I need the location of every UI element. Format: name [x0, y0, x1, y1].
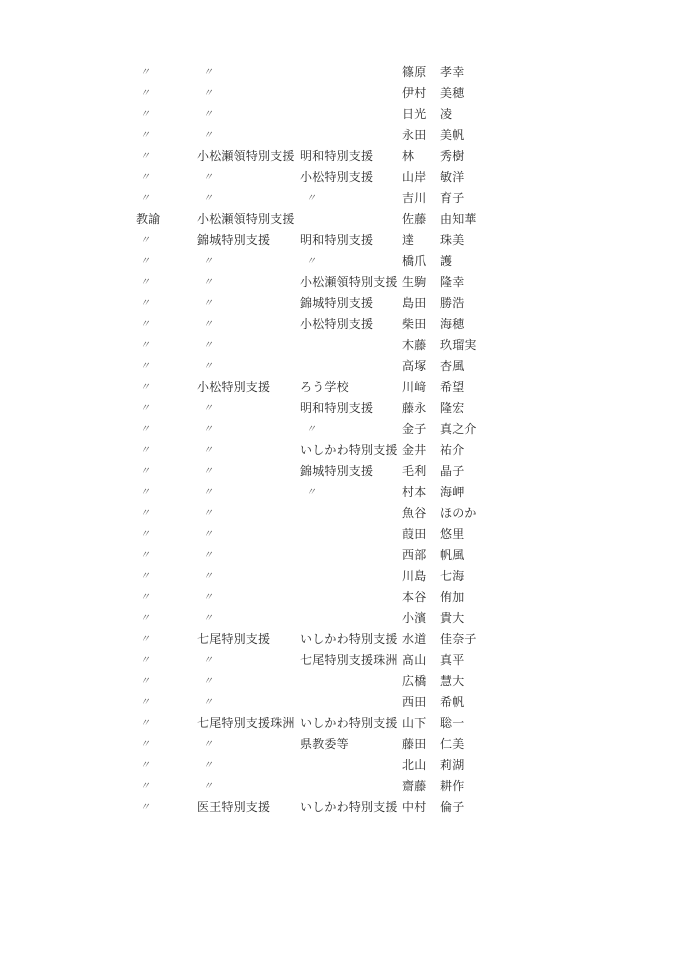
surname: 日光 — [402, 104, 426, 125]
school-from: 〃 — [203, 776, 213, 797]
position-title: 〃 — [140, 461, 150, 482]
school-from: 小松特別支援 — [197, 377, 270, 398]
table-row: 〃〃小松瀬領特別支援生駒隆幸 — [0, 272, 680, 293]
given-name: 聡一 — [440, 713, 464, 734]
school-from: 〃 — [203, 293, 213, 314]
school-to: 七尾特別支援珠洲 — [300, 650, 398, 671]
position-title: 〃 — [140, 146, 150, 167]
position-title: 〃 — [140, 230, 150, 251]
table-row: 〃小松瀬領特別支援明和特別支援林秀樹 — [0, 146, 680, 167]
school-from: 〃 — [203, 335, 213, 356]
table-row: 〃〃〃吉川育子 — [0, 188, 680, 209]
school-to: 小松瀬領特別支援 — [300, 272, 398, 293]
surname: 藤永 — [402, 398, 426, 419]
surname: 佐藤 — [402, 209, 426, 230]
table-row: 〃七尾特別支援いしかわ特別支援水道佳奈子 — [0, 629, 680, 650]
school-from: 〃 — [203, 524, 213, 545]
surname: 伊村 — [402, 83, 426, 104]
table-row: 〃医王特別支援いしかわ特別支援中村倫子 — [0, 797, 680, 818]
position-title: 〃 — [140, 62, 150, 83]
school-from: 〃 — [203, 251, 213, 272]
school-to: いしかわ特別支援 — [300, 440, 398, 461]
surname: 山岸 — [402, 167, 426, 188]
table-row: 〃〃北山莉湖 — [0, 755, 680, 776]
table-row: 〃〃明和特別支援藤永隆宏 — [0, 398, 680, 419]
school-from: 小松瀬領特別支援 — [197, 209, 295, 230]
school-from: 〃 — [203, 692, 213, 713]
surname: 水道 — [402, 629, 426, 650]
surname: 高塚 — [402, 356, 426, 377]
given-name: 貴大 — [440, 608, 464, 629]
school-from: 〃 — [203, 566, 213, 587]
school-from: 〃 — [203, 503, 213, 524]
position-title: 〃 — [140, 755, 150, 776]
given-name: ほのか — [440, 503, 477, 524]
table-row: 〃〃西田希帆 — [0, 692, 680, 713]
given-name: 秀樹 — [440, 146, 464, 167]
surname: 村本 — [402, 482, 426, 503]
school-to: 明和特別支援 — [300, 398, 373, 419]
position-title: 〃 — [140, 377, 150, 398]
school-from: 〃 — [203, 272, 213, 293]
given-name: 希望 — [440, 377, 464, 398]
given-name: 美穂 — [440, 83, 464, 104]
position-title: 〃 — [140, 419, 150, 440]
school-from: 〃 — [203, 104, 213, 125]
surname: 広橋 — [402, 671, 426, 692]
position-title: 〃 — [140, 566, 150, 587]
position-title: 〃 — [140, 125, 150, 146]
school-to: いしかわ特別支援 — [300, 629, 398, 650]
surname: 北山 — [402, 755, 426, 776]
surname: 柴田 — [402, 314, 426, 335]
school-from: 七尾特別支援珠洲 — [197, 713, 295, 734]
surname: 西部 — [402, 545, 426, 566]
school-from: 錦城特別支援 — [197, 230, 270, 251]
given-name: 佳奈子 — [440, 629, 477, 650]
given-name: 祐介 — [440, 440, 464, 461]
surname: 林 — [402, 146, 414, 167]
surname: 吉川 — [402, 188, 426, 209]
school-from: 〃 — [203, 62, 213, 83]
surname: 齋藤 — [402, 776, 426, 797]
given-name: 珠美 — [440, 230, 464, 251]
table-row: 〃〃〃橋爪護 — [0, 251, 680, 272]
school-to: 〃 — [306, 188, 316, 209]
given-name: 仁美 — [440, 734, 464, 755]
position-title: 〃 — [140, 335, 150, 356]
school-from: 〃 — [203, 461, 213, 482]
position-title: 〃 — [140, 356, 150, 377]
position-title: 〃 — [140, 692, 150, 713]
table-row: 〃〃篠原孝幸 — [0, 62, 680, 83]
position-title: 〃 — [140, 83, 150, 104]
surname: 葭田 — [402, 524, 426, 545]
school-from: 七尾特別支援 — [197, 629, 270, 650]
surname: 魚谷 — [402, 503, 426, 524]
school-from: 〃 — [203, 734, 213, 755]
school-to: 明和特別支援 — [300, 146, 373, 167]
position-title: 〃 — [140, 314, 150, 335]
table-row: 〃〃小松特別支援柴田海穂 — [0, 314, 680, 335]
table-row: 〃〃葭田悠里 — [0, 524, 680, 545]
position-title: 〃 — [140, 251, 150, 272]
surname: 本谷 — [402, 587, 426, 608]
school-to: 小松特別支援 — [300, 314, 373, 335]
surname: 達 — [402, 230, 414, 251]
surname: 橋爪 — [402, 251, 426, 272]
school-from: 〃 — [203, 755, 213, 776]
school-from: 〃 — [203, 83, 213, 104]
surname: 毛利 — [402, 461, 426, 482]
given-name: 侑加 — [440, 587, 464, 608]
position-title: 〃 — [140, 650, 150, 671]
school-from: 〃 — [203, 188, 213, 209]
given-name: 護 — [440, 251, 452, 272]
surname: 川島 — [402, 566, 426, 587]
surname: 金子 — [402, 419, 426, 440]
surname: 木藤 — [402, 335, 426, 356]
surname: 中村 — [402, 797, 426, 818]
table-row: 〃〃日光凌 — [0, 104, 680, 125]
school-from: 〃 — [203, 125, 213, 146]
table-row: 〃〃西部帆風 — [0, 545, 680, 566]
surname: 篠原 — [402, 62, 426, 83]
position-title: 〃 — [140, 776, 150, 797]
given-name: 勝浩 — [440, 293, 464, 314]
position-title: 〃 — [140, 398, 150, 419]
school-from: 〃 — [203, 356, 213, 377]
school-from: 〃 — [203, 587, 213, 608]
school-to: 明和特別支援 — [300, 230, 373, 251]
table-row: 〃〃小濱貴大 — [0, 608, 680, 629]
surname: 小濱 — [402, 608, 426, 629]
table-row: 〃〃錦城特別支援島田勝浩 — [0, 293, 680, 314]
position-title: 〃 — [140, 713, 150, 734]
position-title: 〃 — [140, 629, 150, 650]
table-row: 〃〃〃金子真之介 — [0, 419, 680, 440]
given-name: 杏風 — [440, 356, 464, 377]
table-row: 〃〃伊村美穂 — [0, 83, 680, 104]
position-title: 〃 — [140, 440, 150, 461]
given-name: 孝幸 — [440, 62, 464, 83]
school-from: 小松瀬領特別支援 — [197, 146, 295, 167]
table-row: 〃〃〃村本海岬 — [0, 482, 680, 503]
given-name: 海岬 — [440, 482, 464, 503]
table-row: 〃〃魚谷ほのか — [0, 503, 680, 524]
position-title: 〃 — [140, 671, 150, 692]
given-name: 莉湖 — [440, 755, 464, 776]
given-name: 隆宏 — [440, 398, 464, 419]
position-title: 〃 — [140, 167, 150, 188]
position-title: 〃 — [140, 734, 150, 755]
surname: 生駒 — [402, 272, 426, 293]
given-name: 七海 — [440, 566, 464, 587]
school-from: 〃 — [203, 545, 213, 566]
school-to: 県教委等 — [300, 734, 349, 755]
table-row: 〃〃高塚杏風 — [0, 356, 680, 377]
school-from: 〃 — [203, 440, 213, 461]
surname: 藤田 — [402, 734, 426, 755]
given-name: 帆風 — [440, 545, 464, 566]
position-title: 〃 — [140, 545, 150, 566]
table-row: 〃〃錦城特別支援毛利晶子 — [0, 461, 680, 482]
surname: 山下 — [402, 713, 426, 734]
position-title: 〃 — [140, 482, 150, 503]
table-row: 〃〃木藤玖瑠実 — [0, 335, 680, 356]
surname: 川﨑 — [402, 377, 426, 398]
table-row: 〃錦城特別支援明和特別支援達珠美 — [0, 230, 680, 251]
given-name: 真之介 — [440, 419, 477, 440]
given-name: 凌 — [440, 104, 452, 125]
table-row: 〃〃広橋慧大 — [0, 671, 680, 692]
school-to: いしかわ特別支援 — [300, 797, 398, 818]
given-name: 由知華 — [440, 209, 477, 230]
surname: 島田 — [402, 293, 426, 314]
table-row: 〃〃県教委等藤田仁美 — [0, 734, 680, 755]
school-from: 〃 — [203, 167, 213, 188]
table-row: 〃〃いしかわ特別支援金井祐介 — [0, 440, 680, 461]
school-to: 錦城特別支援 — [300, 461, 373, 482]
surname: 金井 — [402, 440, 426, 461]
table-row: 〃〃小松特別支援山岸敏洋 — [0, 167, 680, 188]
school-to: 〃 — [306, 419, 316, 440]
given-name: 真平 — [440, 650, 464, 671]
table-row: 〃〃永田美帆 — [0, 125, 680, 146]
school-from: 〃 — [203, 419, 213, 440]
table-row: 〃〃齋藤耕作 — [0, 776, 680, 797]
surname: 髙山 — [402, 650, 426, 671]
given-name: 育子 — [440, 188, 464, 209]
position-title: 〃 — [140, 503, 150, 524]
school-from: 〃 — [203, 650, 213, 671]
school-from: 〃 — [203, 482, 213, 503]
surname: 永田 — [402, 125, 426, 146]
given-name: 悠里 — [440, 524, 464, 545]
position-title: 〃 — [140, 104, 150, 125]
position-title: 〃 — [140, 293, 150, 314]
position-title: 〃 — [140, 272, 150, 293]
school-to: ろう学校 — [300, 377, 349, 398]
surname: 西田 — [402, 692, 426, 713]
school-from: 〃 — [203, 608, 213, 629]
school-to: 〃 — [306, 482, 316, 503]
table-row: 〃〃本谷侑加 — [0, 587, 680, 608]
table-row: 〃〃川島七海 — [0, 566, 680, 587]
given-name: 隆幸 — [440, 272, 464, 293]
given-name: 玖瑠実 — [440, 335, 477, 356]
position-title: 〃 — [140, 797, 150, 818]
school-from: 医王特別支援 — [197, 797, 270, 818]
school-to: 〃 — [306, 251, 316, 272]
school-from: 〃 — [203, 314, 213, 335]
school-to: いしかわ特別支援 — [300, 713, 398, 734]
school-from: 〃 — [203, 398, 213, 419]
position-title: 〃 — [140, 188, 150, 209]
given-name: 敏洋 — [440, 167, 464, 188]
table-row: 〃七尾特別支援珠洲いしかわ特別支援山下聡一 — [0, 713, 680, 734]
table-row: 教諭小松瀬領特別支援佐藤由知華 — [0, 209, 680, 230]
given-name: 海穂 — [440, 314, 464, 335]
given-name: 慧大 — [440, 671, 464, 692]
school-from: 〃 — [203, 671, 213, 692]
school-to: 小松特別支援 — [300, 167, 373, 188]
table-row: 〃小松特別支援ろう学校川﨑希望 — [0, 377, 680, 398]
position-title: 〃 — [140, 524, 150, 545]
given-name: 希帆 — [440, 692, 464, 713]
school-to: 錦城特別支援 — [300, 293, 373, 314]
given-name: 美帆 — [440, 125, 464, 146]
given-name: 晶子 — [440, 461, 464, 482]
table-row: 〃〃七尾特別支援珠洲髙山真平 — [0, 650, 680, 671]
given-name: 耕作 — [440, 776, 464, 797]
position-title: 〃 — [140, 608, 150, 629]
given-name: 倫子 — [440, 797, 464, 818]
position-title: 教諭 — [136, 209, 160, 230]
position-title: 〃 — [140, 587, 150, 608]
